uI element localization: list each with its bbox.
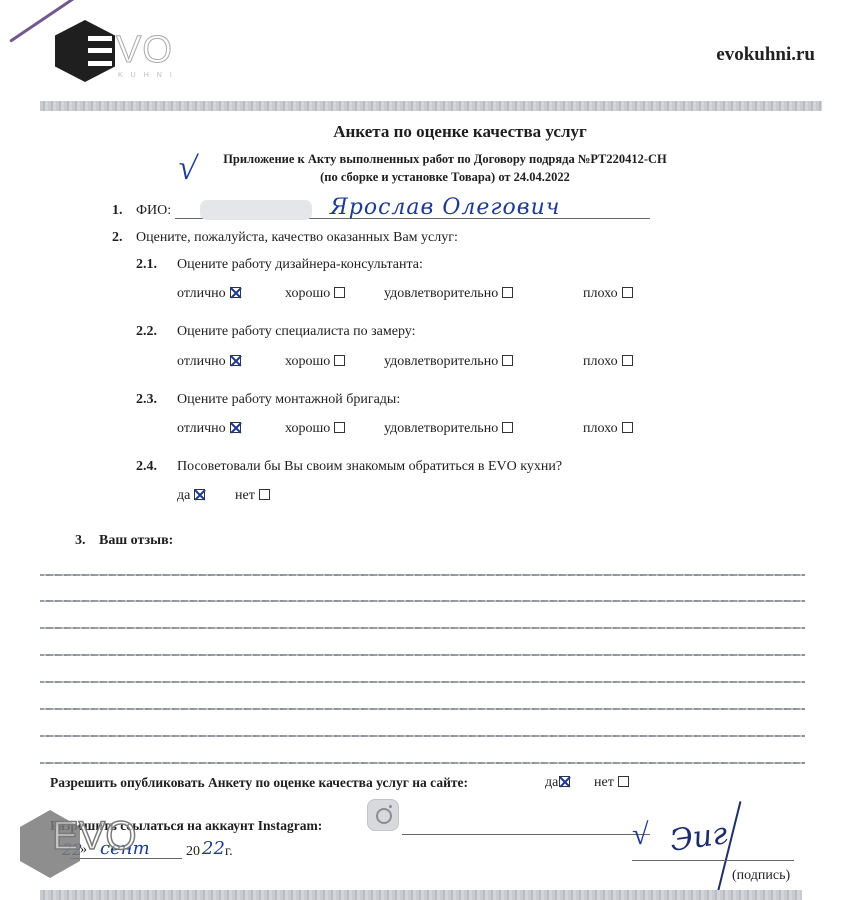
evo-logo-text: VO bbox=[116, 30, 173, 70]
option-label: удовлетворительно bbox=[384, 354, 498, 369]
q2-3-option-good[interactable]: хорошо bbox=[285, 421, 345, 437]
signature: Эиг bbox=[668, 816, 730, 859]
date-year-suffix: 22 bbox=[202, 838, 225, 859]
option-label: плохо bbox=[583, 421, 618, 436]
publish-option-yes[interactable]: да bbox=[545, 775, 570, 791]
q2-1-label: Оцените работу дизайнера-консультанта: bbox=[177, 257, 423, 273]
feedback-line bbox=[40, 681, 805, 683]
checkbox[interactable] bbox=[622, 422, 633, 433]
checkbox[interactable] bbox=[618, 776, 629, 787]
option-label: нет bbox=[594, 775, 614, 790]
q2-3-number: 2.3. bbox=[136, 392, 157, 408]
form-subtitle-line1: Приложение к Акту выполненных работ по Д… bbox=[0, 152, 860, 167]
q3-label: Ваш отзыв: bbox=[99, 533, 173, 549]
fio-handwritten: Ярослав Олегович bbox=[330, 195, 560, 220]
checkbox[interactable] bbox=[502, 422, 513, 433]
website-link[interactable]: evokuhni.ru bbox=[716, 44, 815, 66]
publish-label: Разрешить опубликовать Анкету по оценке … bbox=[50, 775, 468, 791]
q2-3-label: Оцените работу монтажной бригады: bbox=[177, 392, 400, 408]
checkbox[interactable] bbox=[502, 287, 513, 298]
checkbox[interactable] bbox=[259, 489, 270, 500]
evo-logo-e-icon bbox=[88, 36, 112, 66]
signature-field[interactable] bbox=[632, 860, 794, 861]
evo-logo-subtext: KUHNI bbox=[118, 72, 180, 79]
q2-2-number: 2.2. bbox=[136, 324, 157, 340]
redacted-surname bbox=[200, 200, 312, 220]
q2-label: Оцените, пожалуйста, качество оказанных … bbox=[136, 230, 458, 246]
option-label: отлично bbox=[177, 286, 226, 301]
publish-option-no[interactable]: нет bbox=[594, 775, 629, 791]
checkbox[interactable] bbox=[622, 355, 633, 366]
q2-1-option-poor[interactable]: плохо bbox=[583, 286, 633, 302]
feedback-line bbox=[40, 654, 805, 656]
option-label: хорошо bbox=[285, 286, 330, 301]
checkbox-checked[interactable] bbox=[230, 355, 241, 366]
q2-3-option-excellent[interactable]: отлично bbox=[177, 421, 241, 437]
checkbox-checked[interactable] bbox=[194, 489, 205, 500]
option-label: хорошо bbox=[285, 354, 330, 369]
checkbox[interactable] bbox=[502, 355, 513, 366]
q2-4-option-no[interactable]: нет bbox=[235, 488, 270, 504]
form-title: Анкета по оценке качества услуг bbox=[0, 122, 860, 142]
q3-number: 3. bbox=[75, 533, 86, 549]
option-label: да bbox=[177, 488, 190, 503]
feedback-line bbox=[40, 600, 805, 602]
q2-2-option-satisfactory[interactable]: удовлетворительно bbox=[384, 354, 513, 370]
q1-number: 1. bbox=[112, 203, 123, 219]
checkbox[interactable] bbox=[622, 287, 633, 298]
feedback-line bbox=[40, 708, 805, 710]
option-label: плохо bbox=[583, 354, 618, 369]
checkbox-checked[interactable] bbox=[559, 776, 570, 787]
checkbox[interactable] bbox=[334, 422, 345, 433]
checkbox[interactable] bbox=[334, 287, 345, 298]
q2-4-number: 2.4. bbox=[136, 459, 157, 475]
q2-1-option-good[interactable]: хорошо bbox=[285, 286, 345, 302]
q2-4-label: Посоветовали бы Вы своим знакомым обрати… bbox=[177, 459, 562, 475]
instagram-field[interactable] bbox=[402, 834, 650, 835]
option-label: да bbox=[545, 775, 558, 790]
checkbox-checked[interactable] bbox=[230, 287, 241, 298]
option-label: удовлетворительно bbox=[384, 421, 498, 436]
option-label: удовлетворительно bbox=[384, 286, 498, 301]
option-label: отлично bbox=[177, 421, 226, 436]
feedback-line bbox=[40, 627, 805, 629]
header-divider bbox=[40, 101, 822, 111]
q1-label: ФИО: bbox=[136, 203, 171, 219]
feedback-line bbox=[40, 574, 805, 576]
date-year-end: г. bbox=[225, 844, 233, 860]
q2-2-option-poor[interactable]: плохо bbox=[583, 354, 633, 370]
feedback-line bbox=[40, 762, 805, 764]
q2-3-option-satisfactory[interactable]: удовлетворительно bbox=[384, 421, 513, 437]
option-label: отлично bbox=[177, 354, 226, 369]
q2-1-number: 2.1. bbox=[136, 257, 157, 273]
checkbox-checked[interactable] bbox=[230, 422, 241, 433]
date-year-prefix: 20 bbox=[186, 844, 200, 860]
signature-label: (подпись) bbox=[732, 868, 790, 884]
footer-divider bbox=[40, 890, 802, 900]
option-label: нет bbox=[235, 488, 255, 503]
checkbox[interactable] bbox=[334, 355, 345, 366]
instagram-icon bbox=[367, 799, 399, 831]
q2-4-option-yes[interactable]: да bbox=[177, 488, 205, 504]
q2-3-option-poor[interactable]: плохо bbox=[583, 421, 633, 437]
feedback-line bbox=[40, 735, 805, 737]
q2-2-option-excellent[interactable]: отлично bbox=[177, 354, 241, 370]
option-label: хорошо bbox=[285, 421, 330, 436]
q2-number: 2. bbox=[112, 230, 123, 246]
q2-2-option-good[interactable]: хорошо bbox=[285, 354, 345, 370]
option-label: плохо bbox=[583, 286, 618, 301]
q2-1-option-excellent[interactable]: отлично bbox=[177, 286, 241, 302]
q2-2-label: Оцените работу специалиста по замеру: bbox=[177, 324, 416, 340]
check-mark-icon: √ bbox=[632, 818, 648, 852]
q2-1-option-satisfactory[interactable]: удовлетворительно bbox=[384, 286, 513, 302]
evo-watermark-text: EVO bbox=[52, 814, 136, 858]
form-subtitle-line2: (по сборке и установке Товара) от 24.04.… bbox=[0, 170, 860, 185]
